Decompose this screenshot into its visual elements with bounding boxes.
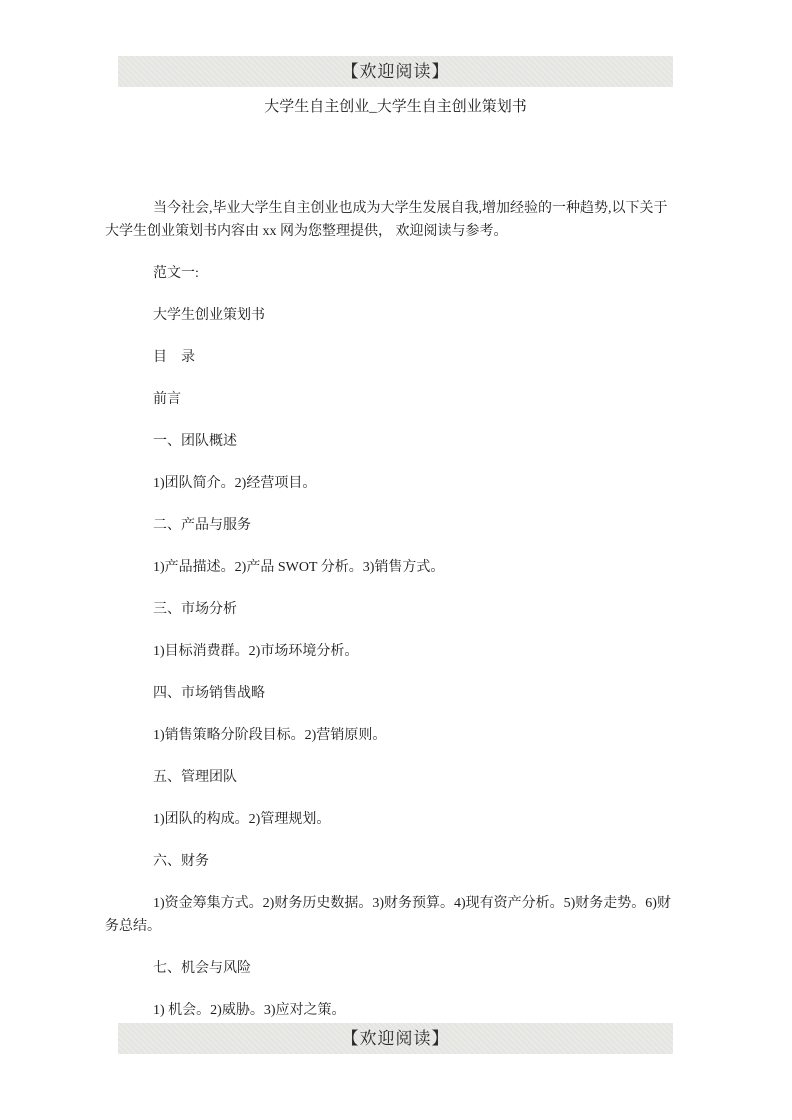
body-paragraph: 三、市场分析: [105, 598, 672, 621]
body-paragraph: 1) 机会。2)威胁。3)应对之策。: [105, 999, 672, 1022]
body-paragraph: 1)资金筹集方式。2)财务历史数据。3)财务预算。4)现有资产分析。5)财务走势…: [105, 892, 672, 938]
document-page: 【欢迎阅读】 大学生自主创业_大学生自主创业策划书 当今社会,毕业大学生自主创业…: [0, 0, 792, 1120]
body-paragraph: 七、机会与风险: [105, 957, 672, 980]
body-paragraph: 1)销售策略分阶段目标。2)营销原则。: [105, 724, 672, 747]
body-paragraph: 五、管理团队: [105, 766, 672, 789]
body-paragraph: 目 录: [105, 346, 672, 369]
body-paragraph: 当今社会,毕业大学生自主创业也成为大学生发展自我,增加经验的一种趋势,以下关于大…: [105, 197, 672, 243]
body-paragraph: 六、财务: [105, 850, 672, 873]
body-paragraph: 四、市场销售战略: [105, 682, 672, 705]
body-paragraph: 1)产品描述。2)产品 SWOT 分析。3)销售方式。: [105, 556, 672, 579]
body-paragraph: 1)团队的构成。2)管理规划。: [105, 808, 672, 831]
body-paragraph: 前言: [105, 388, 672, 411]
header-banner-text: 【欢迎阅读】: [342, 56, 450, 87]
footer-banner: 【欢迎阅读】: [118, 1023, 673, 1054]
document-title: 大学生自主创业_大学生自主创业策划书: [118, 96, 673, 119]
body-paragraph: 二、产品与服务: [105, 514, 672, 537]
body-paragraph: 1)团队简介。2)经营项目。: [105, 472, 672, 495]
header-banner: 【欢迎阅读】: [118, 56, 673, 87]
footer-banner-text: 【欢迎阅读】: [342, 1023, 450, 1054]
document-body: 当今社会,毕业大学生自主创业也成为大学生发展自我,增加经验的一种趋势,以下关于大…: [105, 197, 672, 1041]
body-paragraph: 1)目标消费群。2)市场环境分析。: [105, 640, 672, 663]
body-paragraph: 大学生创业策划书: [105, 304, 672, 327]
body-paragraph: 范文一:: [105, 262, 672, 285]
body-paragraph: 一、团队概述: [105, 430, 672, 453]
